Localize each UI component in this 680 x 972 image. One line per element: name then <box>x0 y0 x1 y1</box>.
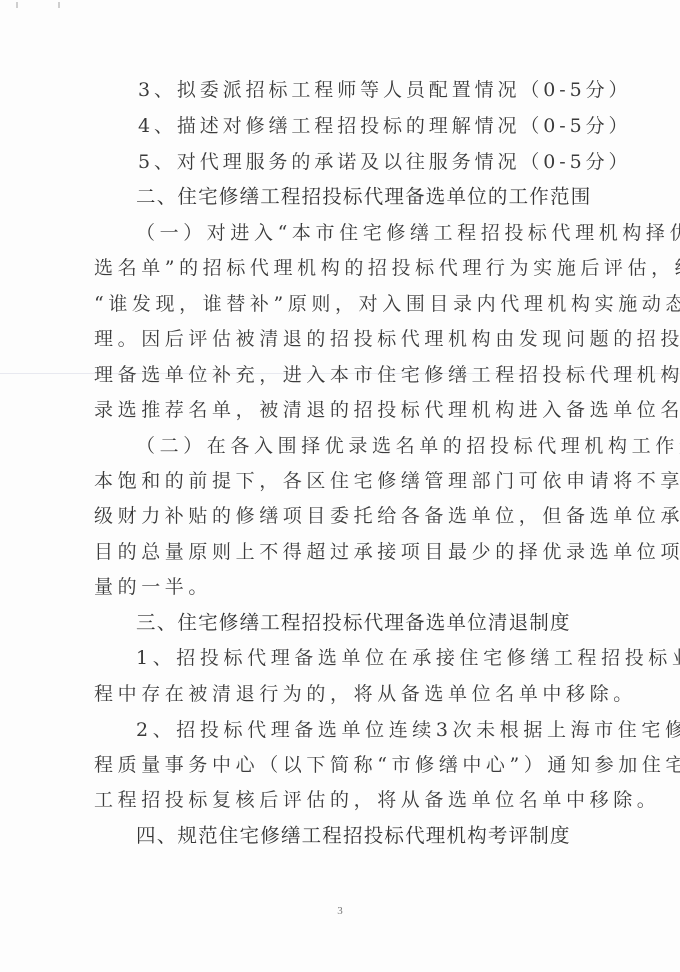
section-heading-2: 二、住宅修缮工程招投标代理备选单位的工作范围 <box>136 185 636 209</box>
section-heading-4: 四、规范住宅修缮工程招投标代理机构考评制度 <box>136 824 636 848</box>
paragraph-line: 程中存在被清退行为的，将从备选单位名单中移除。 <box>94 682 594 706</box>
paragraph-line: （一）对进入“本市住宅修缮工程招投标代理机构择优录 <box>136 221 636 245</box>
scan-artifact <box>16 2 18 8</box>
paragraph-line: 录选推荐名单，被清退的招投标代理机构进入备选单位名单。 <box>94 398 594 422</box>
scan-artifact <box>58 2 60 8</box>
paragraph-line: 理备选单位补充，进入本市住宅修缮工程招投标代理机构择优 <box>94 363 594 387</box>
paragraph-line: 本饱和的前提下，各区住宅修缮管理部门可依申请将不享受市 <box>94 469 594 493</box>
paragraph-line: 程质量事务中心（以下简称“市修缮中心”）通知参加住宅修缮 <box>94 753 594 777</box>
paragraph-line: 2、招投标代理备选单位连续3次未根据上海市住宅修缮工 <box>136 718 636 742</box>
list-item-3: 3、拟委派招标工程师等人员配置情况（0-5分） <box>138 78 638 102</box>
section-heading-3: 三、住宅修缮工程招投标代理备选单位清退制度 <box>136 611 636 635</box>
page-number: 3 <box>0 905 680 917</box>
paragraph-line: （二）在各入围择优录选名单的招投标代理机构工作量基 <box>136 434 636 458</box>
paragraph-line: 理。因后评估被清退的招投标代理机构由发现问题的招投标代 <box>94 327 594 351</box>
paragraph-line: 级财力补贴的修缮项目委托给各备选单位，但备选单位承接项 <box>94 504 594 528</box>
list-item-4: 4、描述对修缮工程招投标的理解情况（0-5分） <box>138 114 638 138</box>
paragraph-line: 工程招投标复核后评估的，将从备选单位名单中移除。 <box>94 788 594 812</box>
document-page: 3、拟委派招标工程师等人员配置情况（0-5分） 4、描述对修缮工程招投标的理解情… <box>0 0 680 972</box>
paragraph-line: 目的总量原则上不得超过承接项目最少的择优录选单位项目总 <box>94 540 594 564</box>
list-item-5: 5、对代理服务的承诺及以往服务情况（0-5分） <box>138 150 638 174</box>
paragraph-line: “谁发现，谁替补”原则，对入围目录内代理机构实施动态管 <box>94 292 594 316</box>
paragraph-line: 1、招投标代理备选单位在承接住宅修缮工程招投标业务过 <box>136 646 636 670</box>
paragraph-line: 选名单”的招标代理机构的招投标代理行为实施后评估，结合 <box>94 256 594 280</box>
paragraph-line: 量的一半。 <box>94 575 594 599</box>
